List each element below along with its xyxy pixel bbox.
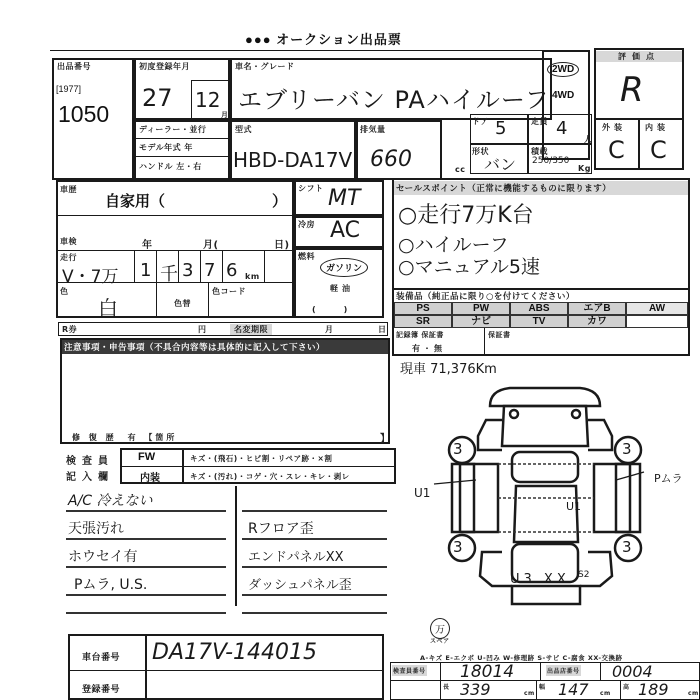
displacement-value: 660 bbox=[370, 147, 412, 172]
record-options: 有・無 bbox=[412, 343, 445, 354]
equipment-tv: TV bbox=[510, 315, 568, 328]
usage-label: 車歴 bbox=[60, 184, 77, 195]
annotation-right-side: Pムラ bbox=[654, 470, 683, 486]
divider bbox=[200, 250, 201, 282]
score-value: R bbox=[620, 70, 644, 110]
inspector-label-1: 検査員 bbox=[66, 452, 114, 467]
body-type-value: バン bbox=[484, 152, 516, 175]
notes-header: 注意事項・申告事項（不具合内容等は具体的に記入して下さい） bbox=[62, 340, 388, 354]
note-line bbox=[242, 538, 387, 540]
exterior-label: 外装 bbox=[602, 122, 626, 133]
note-line bbox=[66, 612, 226, 614]
divider bbox=[222, 250, 223, 282]
width-value: 147 bbox=[558, 680, 589, 699]
dealer-row-1: ディーラー・並行 bbox=[139, 124, 206, 135]
length-unit: cm bbox=[524, 690, 535, 697]
car-name-label: 車名・グレード bbox=[235, 61, 295, 72]
first-registration-year: 27 bbox=[142, 84, 173, 112]
note-left-3: Pムラ, U.S. bbox=[74, 574, 147, 594]
sales-point-2: ○マニュアル5速 bbox=[398, 252, 540, 279]
mileage-unit: km bbox=[245, 272, 260, 281]
shift-label: シフト bbox=[298, 183, 324, 194]
equipment-sr: SR bbox=[394, 315, 452, 328]
divider bbox=[208, 282, 209, 318]
tax-label: 名変期限 bbox=[230, 324, 272, 335]
tire-mark-front-right: 3 bbox=[622, 440, 632, 458]
mileage-cell-1: 1 bbox=[140, 260, 151, 281]
inspection-label: 車検 bbox=[60, 236, 77, 247]
sales-points-label: セールスポイント（正常に機能するものに限ります） bbox=[394, 181, 688, 195]
lot-number: 1050 bbox=[58, 101, 109, 128]
tire-mark-rear-right: 3 bbox=[622, 538, 632, 556]
inspector-options-interior: キズ・(汚れ)・コゲ・穴・スレ・キレ・剥レ bbox=[190, 471, 350, 482]
displacement-unit: cc bbox=[455, 165, 465, 174]
drive-4wd-option: 4WD bbox=[552, 90, 574, 101]
reference-value: 0004 bbox=[612, 662, 653, 681]
equipment-aw: AW bbox=[626, 302, 688, 315]
lot-sub-number: [1977] bbox=[56, 84, 81, 94]
inspection-year: 年 bbox=[142, 236, 153, 251]
fuel-label: 燃料 bbox=[298, 251, 315, 262]
displacement-label: 排気量 bbox=[360, 124, 386, 135]
annotation-rear: U3 XX bbox=[510, 572, 570, 587]
divider bbox=[56, 215, 294, 216]
note-line bbox=[242, 594, 387, 596]
odometer-note: 現車 71,376Km bbox=[400, 358, 497, 377]
note-left-2: ホウセイ有 bbox=[68, 546, 138, 566]
divider bbox=[134, 138, 230, 139]
divider bbox=[638, 118, 640, 170]
divider bbox=[600, 662, 601, 680]
height-unit: cm bbox=[688, 690, 699, 697]
dealer-row-3: ハンドル 左・右 bbox=[139, 161, 202, 172]
mileage-cell-4: 7 bbox=[204, 260, 215, 281]
capacity-label: 定員 bbox=[531, 116, 548, 127]
shift-value: MT bbox=[328, 186, 360, 211]
dealer-row-2: モデル年式 年 bbox=[139, 142, 193, 153]
note-left-1: 天張汚れ bbox=[68, 518, 124, 538]
color-code-label: 色コード bbox=[212, 286, 246, 297]
tire-mark-front-left: 3 bbox=[453, 440, 463, 458]
warranty-label: 保証書 bbox=[488, 330, 511, 340]
height-value: 189 bbox=[638, 680, 669, 699]
inspector-options-fw: キズ・(飛石)・ヒビ割・リペア跡・×割 bbox=[190, 453, 332, 464]
inspector-category-fw: FW bbox=[138, 451, 155, 463]
doors-value: 5 bbox=[495, 118, 506, 139]
divider bbox=[540, 662, 541, 680]
car-name-value: エブリーバン PAハイルーフ bbox=[238, 80, 550, 115]
length-label: 長 bbox=[443, 682, 450, 691]
model-label: 型式 bbox=[235, 124, 252, 135]
fuel-other: 軽油 bbox=[330, 283, 354, 294]
equipment-pw: PW bbox=[452, 302, 510, 315]
fuel-selected: ガソリン bbox=[320, 258, 368, 277]
annotation-center: U1 bbox=[566, 500, 581, 513]
width-label: 幅 bbox=[539, 682, 546, 691]
divider bbox=[134, 156, 230, 157]
color-name-label: 色替 bbox=[174, 298, 191, 309]
first-registration-label: 初度登録年月 bbox=[139, 61, 190, 72]
lot-number-label: 出品番号 bbox=[57, 61, 91, 72]
note-right-2: エンドパネルXX bbox=[248, 546, 344, 565]
damage-legend: A-キズ E-エクボ U-凹み W-修理跡 S-サビ C-腐食 XX-交換跡 bbox=[420, 653, 623, 662]
ac-label: 冷房 bbox=[298, 219, 315, 230]
score-label: 評価点 bbox=[596, 51, 682, 62]
ac-value: AC bbox=[330, 218, 360, 243]
note-right-3: ダッシュパネル歪 bbox=[248, 574, 352, 593]
note-line bbox=[242, 612, 387, 614]
capacity-value: 4 bbox=[556, 118, 567, 139]
tax-day: 日 bbox=[378, 324, 387, 335]
repair-history: 修 復 歴 有 【箇所 bbox=[72, 432, 177, 443]
divider bbox=[178, 250, 179, 282]
exterior-value: C bbox=[608, 136, 625, 164]
divider bbox=[264, 250, 265, 282]
inspection-number-label: 検査員番号 bbox=[392, 665, 427, 676]
height-label: 高 bbox=[623, 682, 630, 691]
document-title: ●●● オークション出品票 bbox=[245, 29, 402, 48]
drive-2wd-option: 2WD bbox=[547, 62, 579, 77]
note-right-1: Rフロア歪 bbox=[248, 518, 314, 538]
inspection-day: 日) bbox=[274, 236, 290, 251]
divider bbox=[68, 670, 384, 671]
usage-close: ） bbox=[272, 190, 287, 211]
record-label: 記録簿 保証書 bbox=[396, 330, 444, 340]
note-line bbox=[66, 510, 226, 512]
interior-value: C bbox=[650, 136, 667, 164]
divider bbox=[145, 634, 147, 700]
interior-label: 内装 bbox=[645, 122, 669, 133]
color-value: 白 bbox=[98, 292, 118, 321]
inspector-category-interior: 内装 bbox=[140, 469, 160, 484]
divider bbox=[156, 282, 157, 318]
tax-month: 月 bbox=[325, 324, 334, 335]
load-value: 250/350 bbox=[532, 156, 569, 166]
divider bbox=[120, 466, 396, 467]
annotation-rear-corner: S2 bbox=[578, 570, 589, 580]
registration-label: 登録番号 bbox=[82, 682, 120, 695]
divider bbox=[440, 662, 441, 700]
equipment-leather: カワ bbox=[568, 315, 626, 328]
equipment-ps: PS bbox=[394, 302, 452, 315]
annotation-left-side: U1 bbox=[414, 486, 430, 500]
repair-close: 】 bbox=[380, 430, 391, 445]
note-line bbox=[242, 510, 387, 512]
divider bbox=[620, 680, 621, 700]
load-unit: Kg bbox=[578, 164, 591, 173]
tire-mark-rear-left: 3 bbox=[453, 538, 463, 556]
note-line bbox=[66, 594, 226, 596]
title-underline bbox=[50, 50, 590, 51]
divider bbox=[56, 250, 294, 251]
reference-label: 出品店番号 bbox=[546, 665, 581, 676]
inspection-month: 月( bbox=[203, 236, 219, 251]
divider bbox=[56, 282, 294, 283]
divider bbox=[156, 250, 157, 282]
fuel-paren: ( ) bbox=[312, 304, 351, 315]
equipment-abs: ABS bbox=[510, 302, 568, 315]
divider bbox=[134, 250, 135, 282]
notes-column-divider bbox=[235, 486, 237, 606]
length-value: 339 bbox=[460, 680, 491, 699]
mileage-cell-5: 6 bbox=[226, 260, 237, 281]
chassis-label: 車台番号 bbox=[82, 650, 120, 663]
color-label: 色 bbox=[60, 286, 69, 297]
equipment-empty bbox=[626, 315, 688, 328]
recycle-box bbox=[58, 322, 388, 336]
note-line bbox=[66, 566, 226, 568]
model-value: HBD-DA17V bbox=[233, 148, 352, 172]
inspector-label-2: 記入欄 bbox=[66, 468, 114, 483]
equipment-label: 装備品（純正品に限り○を付けてください） bbox=[396, 290, 575, 302]
doors-label: ドア bbox=[472, 116, 489, 127]
width-unit: cm bbox=[600, 690, 611, 697]
recycle-unit: 円 bbox=[198, 324, 207, 335]
note-left-0: A/C 冷えない bbox=[68, 490, 153, 510]
first-registration-month: 12 bbox=[195, 88, 220, 112]
equipment-airbag: エアB bbox=[568, 302, 626, 315]
spare-label: スペア bbox=[430, 636, 450, 645]
divider bbox=[484, 328, 485, 356]
mileage-cell-3: 3 bbox=[182, 260, 193, 281]
mileage-cell-0: V・7万 bbox=[62, 262, 118, 287]
divider bbox=[536, 680, 537, 700]
chassis-value: DA17V-144015 bbox=[152, 640, 317, 665]
note-line bbox=[242, 566, 387, 568]
equipment-navi: ナビ bbox=[452, 315, 510, 328]
sales-point-0: ○走行7万K台 bbox=[398, 198, 534, 229]
usage-value: 自家用（ bbox=[105, 190, 165, 211]
note-line bbox=[66, 538, 226, 540]
inspection-number: 18014 bbox=[460, 662, 514, 682]
month-unit: 月 bbox=[221, 110, 229, 120]
recycle-label: R券 bbox=[62, 324, 77, 335]
